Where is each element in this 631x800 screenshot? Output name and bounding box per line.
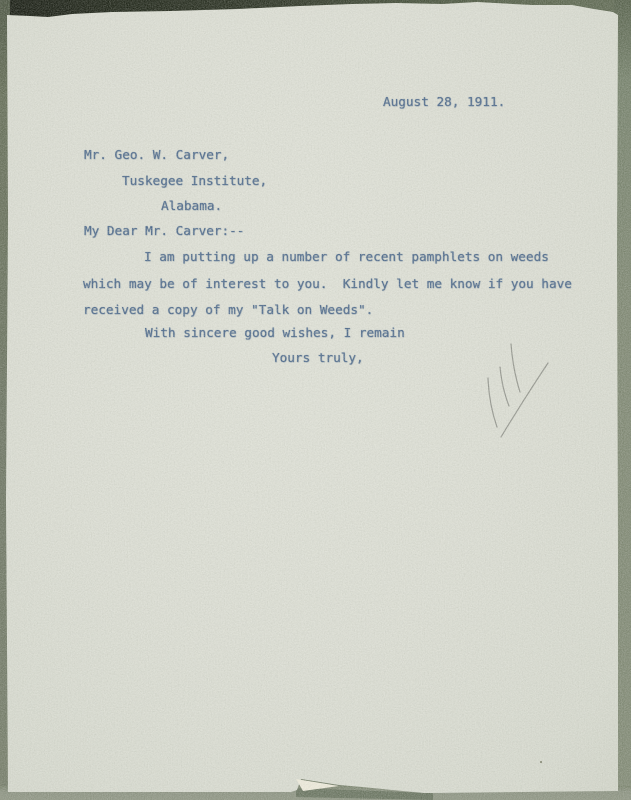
scanned-letter-page: August 28, 1911. Mr. Geo. W. Carver, Tus… [0,0,631,800]
letter-paper: August 28, 1911. Mr. Geo. W. Carver, Tus… [0,0,631,800]
pencil-mark [0,0,631,800]
paper-speck [540,761,542,763]
